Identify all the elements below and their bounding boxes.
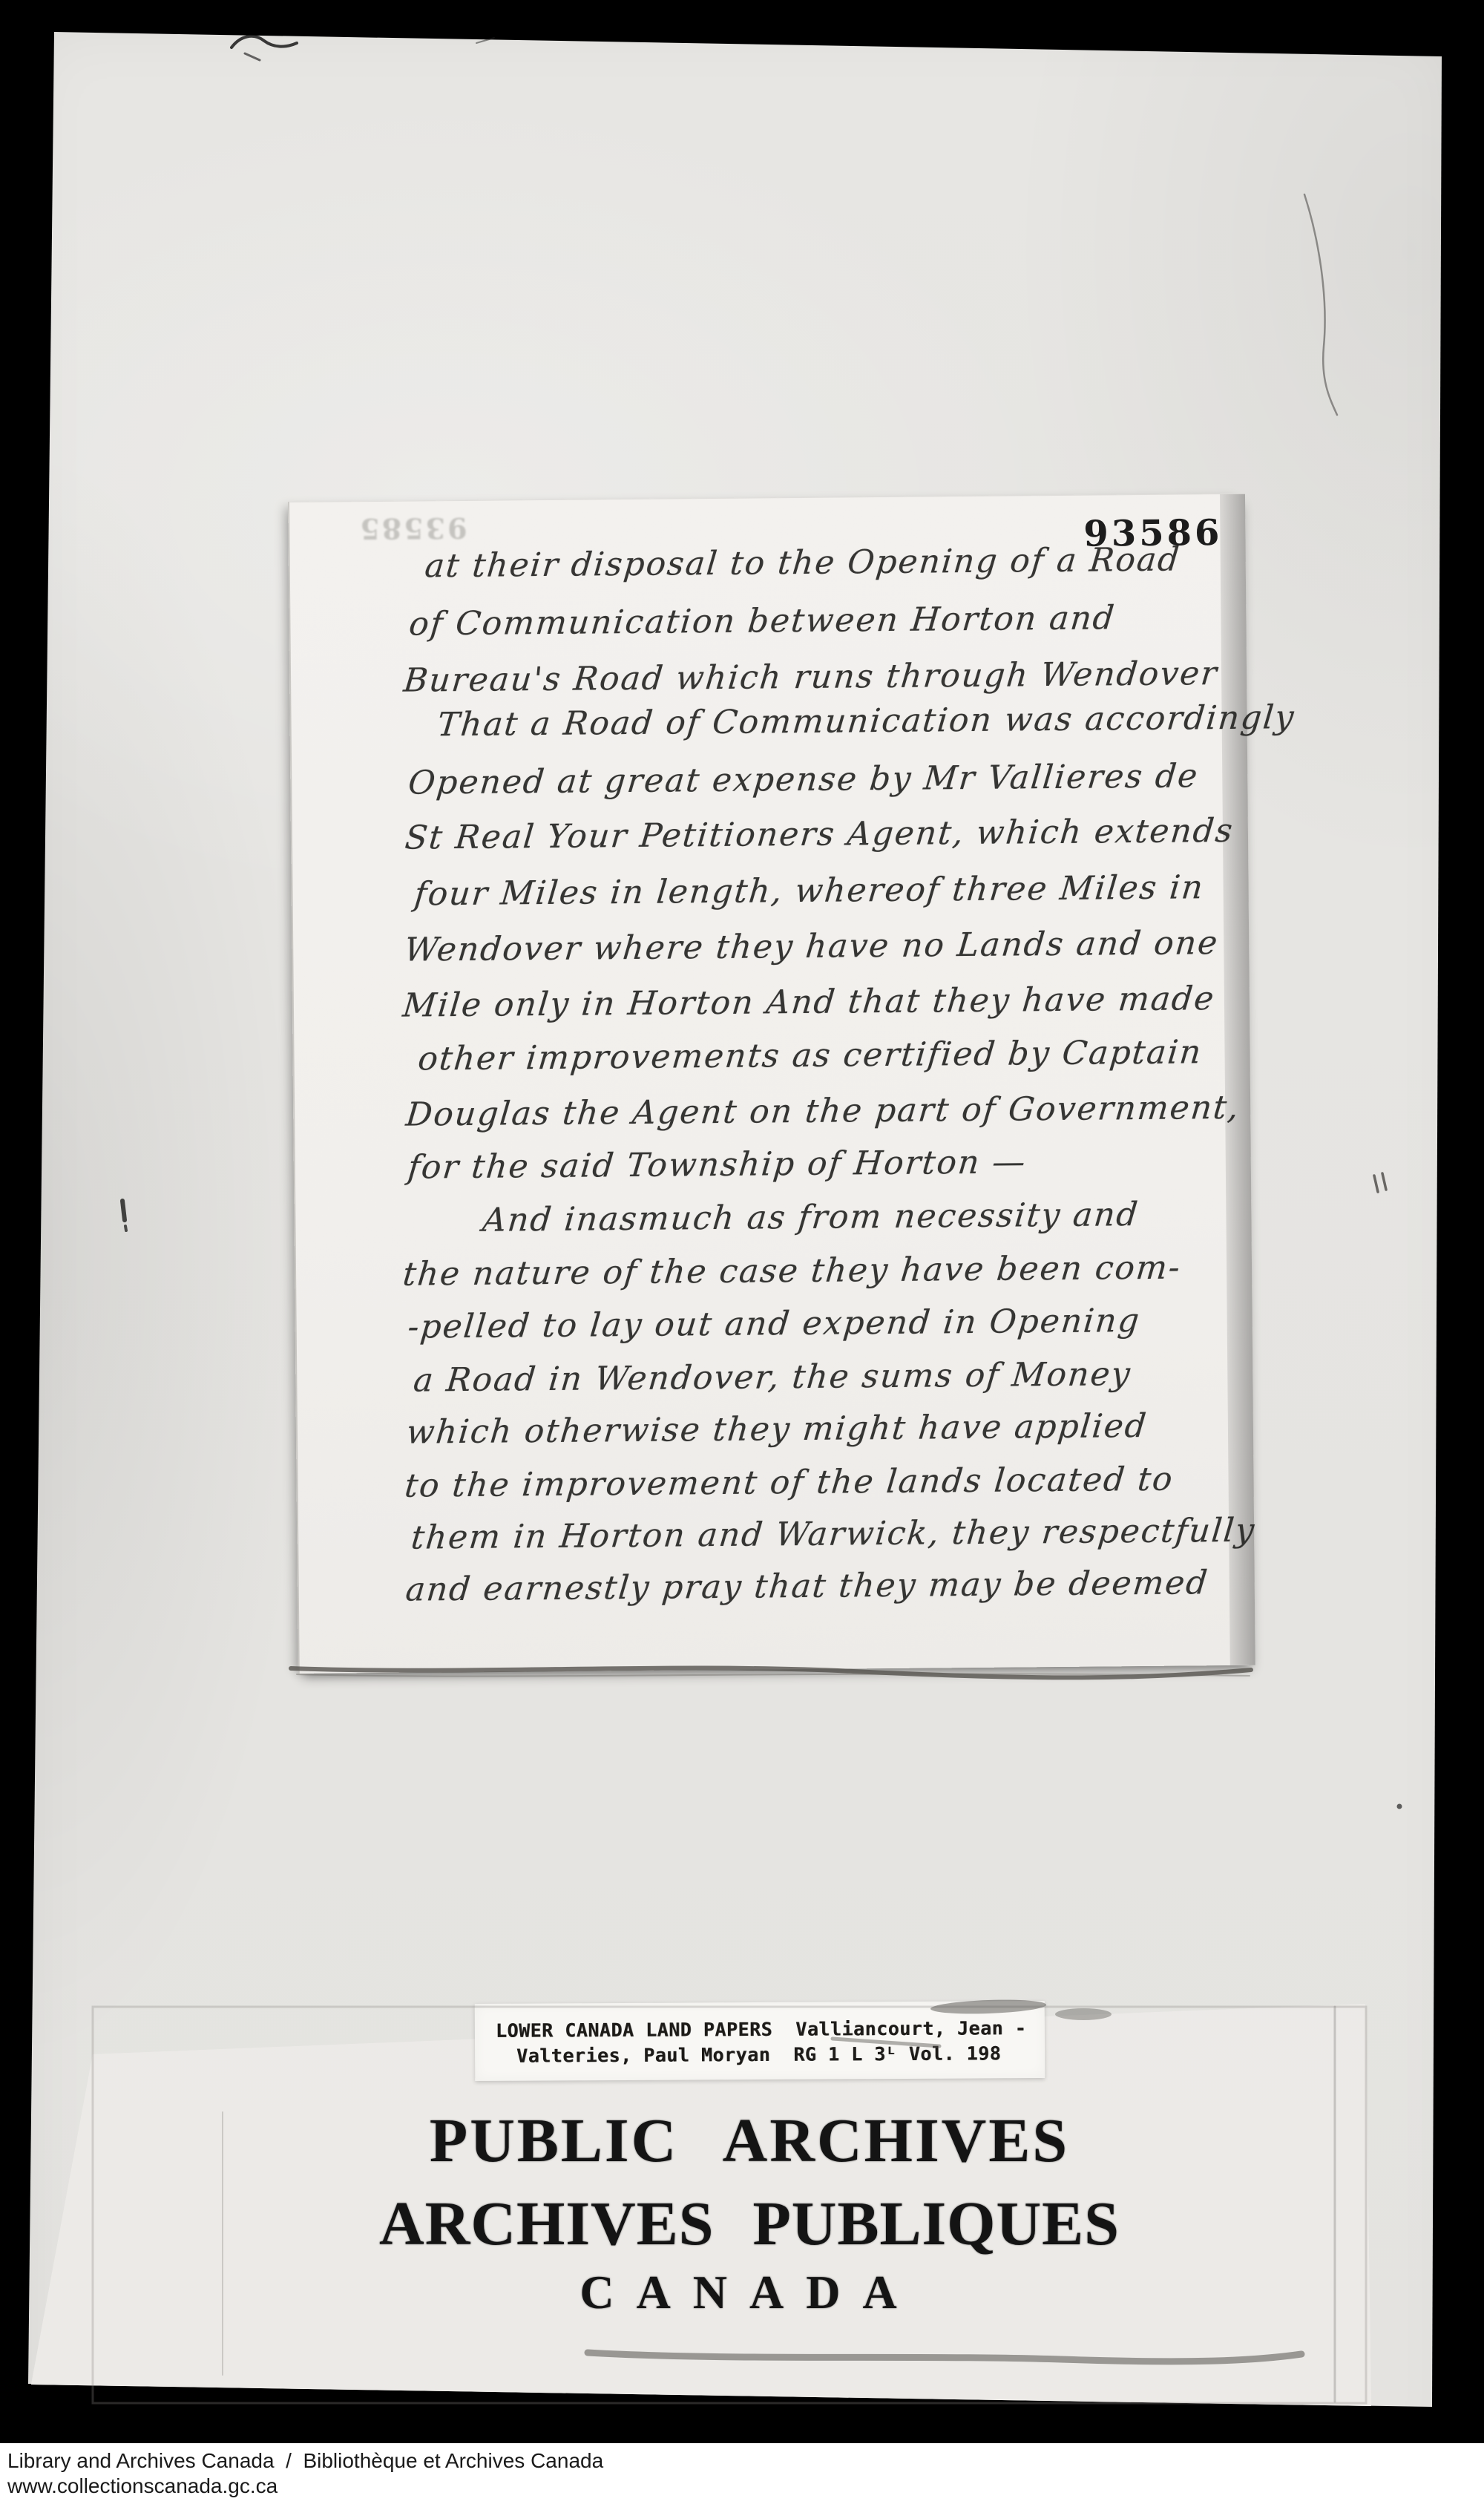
bleedthrough-page-number: 93585 xyxy=(358,511,467,545)
handwritten-line: -pelled to lay out and expend in Opening xyxy=(407,1305,1142,1344)
handwritten-line: a Road in Wendover, the sums of Money xyxy=(412,1358,1132,1397)
catalog-label: LOWER CANADA LAND PAPERS Valliancourt, J… xyxy=(475,2001,1045,2081)
handwritten-line: four Miles in length, whereof three Mile… xyxy=(413,871,1206,911)
handwritten-line: for the said Township of Horton — xyxy=(407,1146,1028,1184)
handwritten-line: Mile only in Horton And that they have m… xyxy=(401,983,1217,1023)
archives-stamp-line2: ARCHIVES PUBLIQUES xyxy=(334,2188,1165,2260)
handwritten-line: That a Road of Communication was accordi… xyxy=(436,701,1297,741)
handwritten-line: which otherwise they might have applied xyxy=(405,1410,1149,1449)
handwritten-line: Douglas the Agent on the part of Governm… xyxy=(404,1092,1241,1132)
handwritten-line: to the improvement of the lands located … xyxy=(403,1464,1175,1503)
archives-stamp-line3: CANADA xyxy=(334,2265,1165,2320)
archives-stamp-line1: PUBLIC ARCHIVES xyxy=(334,2105,1165,2177)
handwritten-line: Bureau's Road which runs through Wendove… xyxy=(402,658,1219,698)
footer-website: www.collectionscanada.gc.ca xyxy=(7,2474,278,2498)
handwritten-line: and earnestly pray that they may be deem… xyxy=(404,1567,1210,1606)
handwritten-line: the nature of the case they have been co… xyxy=(401,1252,1183,1291)
handwritten-line: of Communication between Horton and xyxy=(407,602,1117,640)
catalog-label-line1: LOWER CANADA LAND PAPERS Valliancourt, J… xyxy=(496,2017,1027,2042)
handwritten-line: at their disposal to the Opening of a Ro… xyxy=(424,543,1182,583)
handwritten-line: And inasmuch as from necessity and xyxy=(481,1199,1140,1237)
catalog-label-line2: Valteries, Paul Moryan RG 1 L 3ᴸ Vol. 19… xyxy=(516,2042,1001,2066)
handwritten-line: them in Horton and Warwick, they respect… xyxy=(410,1515,1257,1555)
handwritten-line: other improvements as certified by Capta… xyxy=(416,1036,1204,1075)
letter-page: 93585 93586 at their disposal to the Ope… xyxy=(288,494,1255,1674)
archival-scan: 93585 93586 at their disposal to the Ope… xyxy=(0,0,1484,2507)
handwritten-line: Wendover where they have no Lands and on… xyxy=(403,927,1220,967)
handwritten-line: Opened at great expense by Mr Vallieres … xyxy=(407,760,1200,799)
footer-bar: Library and Archives Canada / Bibliothèq… xyxy=(0,2443,1484,2507)
handwritten-line: St Real Your Petitioners Agent, which ex… xyxy=(404,815,1235,855)
footer-attribution: Library and Archives Canada / Bibliothèq… xyxy=(7,2449,603,2473)
